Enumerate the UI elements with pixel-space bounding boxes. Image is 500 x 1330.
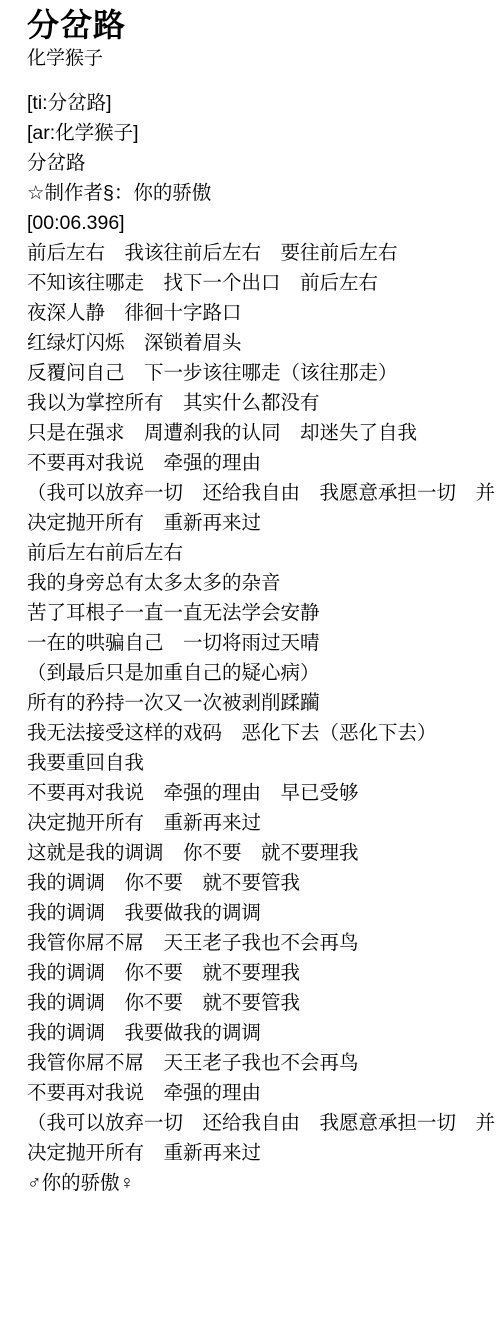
lyric-line: ☆制作者§：你的骄傲: [27, 178, 500, 208]
lyric-line: 这就是我的调调 你不要 就不要理我: [27, 838, 500, 868]
lyric-line: [00:06.396]: [27, 208, 500, 238]
lyric-line: 所有的矜持一次又一次被剥削蹂躏: [27, 688, 500, 718]
lyric-line: 只是在强求 周遭刹我的认同 却迷失了自我: [27, 418, 500, 448]
lyric-line: 苦了耳根子一直一直无法学会安静: [27, 598, 500, 628]
lyrics-page: 分岔路 化学猴子 [ti:分岔路][ar:化学猴子]分岔路☆制作者§：你的骄傲[…: [0, 0, 500, 1330]
lyric-line: 不要再对我说 牵强的理由: [27, 448, 500, 478]
lyric-line: 我的身旁总有太多太多的杂音: [27, 568, 500, 598]
lyric-line: （我可以放弃一切 还给我自由 我愿意承担一切 并: [27, 478, 500, 508]
lyric-line: （我可以放弃一切 还给我自由 我愿意承担一切 并: [27, 1108, 500, 1138]
lyric-line: 不要再对我说 牵强的理由: [27, 1078, 500, 1108]
lyric-line: 前后左右前后左右: [27, 538, 500, 568]
lyric-line: 夜深人静 徘徊十字路口: [27, 298, 500, 328]
lyric-line: 我的调调 我要做我的调调: [27, 898, 500, 928]
lyric-line: 反覆问自己 下一步该往哪走（该往那走）: [27, 358, 500, 388]
lyric-line: 分岔路: [27, 148, 500, 178]
lyric-line: 决定抛开所有 重新再来过: [27, 1138, 500, 1168]
lyric-line: 我以为掌控所有 其实什么都没有: [27, 388, 500, 418]
lyric-line: 红绿灯闪烁 深锁着眉头: [27, 328, 500, 358]
lyric-line: 我的调调 你不要 就不要理我: [27, 958, 500, 988]
lyric-line: 我的调调 你不要 就不要管我: [27, 988, 500, 1018]
artist-name: 化学猴子: [27, 46, 500, 72]
lyric-line: 决定抛开所有 重新再来过: [27, 508, 500, 538]
lyric-line: 决定抛开所有 重新再来过: [27, 808, 500, 838]
lyric-line: [ti:分岔路]: [27, 88, 500, 118]
lyric-line: 不知该往哪走 找下一个出口 前后左右: [27, 268, 500, 298]
lyrics-body: [ti:分岔路][ar:化学猴子]分岔路☆制作者§：你的骄傲[00:06.396…: [27, 88, 500, 1198]
lyric-line: 前后左右 我该往前后左右 要往前后左右: [27, 238, 500, 268]
lyric-line: 我的调调 我要做我的调调: [27, 1018, 500, 1048]
lyrics-page-content: 分岔路 化学猴子 [ti:分岔路][ar:化学猴子]分岔路☆制作者§：你的骄傲[…: [0, 0, 500, 1198]
lyric-line: 一在的哄骗自己 一切将雨过天晴: [27, 628, 500, 658]
lyric-line: 不要再对我说 牵强的理由 早已受够: [27, 778, 500, 808]
lyric-line: ♂你的骄傲♀: [27, 1168, 500, 1198]
lyric-line: （到最后只是加重自己的疑心病）: [27, 658, 500, 688]
lyric-line: 我无法接受这样的戏码 恶化下去（恶化下去）: [27, 718, 500, 748]
lyric-line: 我要重回自我: [27, 748, 500, 778]
lyric-line: 我管你屌不屌 天王老子我也不会再鸟: [27, 928, 500, 958]
song-title: 分岔路: [27, 4, 500, 46]
lyric-line: 我的调调 你不要 就不要管我: [27, 868, 500, 898]
lyric-line: [ar:化学猴子]: [27, 118, 500, 148]
lyric-line: 我管你屌不屌 天王老子我也不会再鸟: [27, 1048, 500, 1078]
